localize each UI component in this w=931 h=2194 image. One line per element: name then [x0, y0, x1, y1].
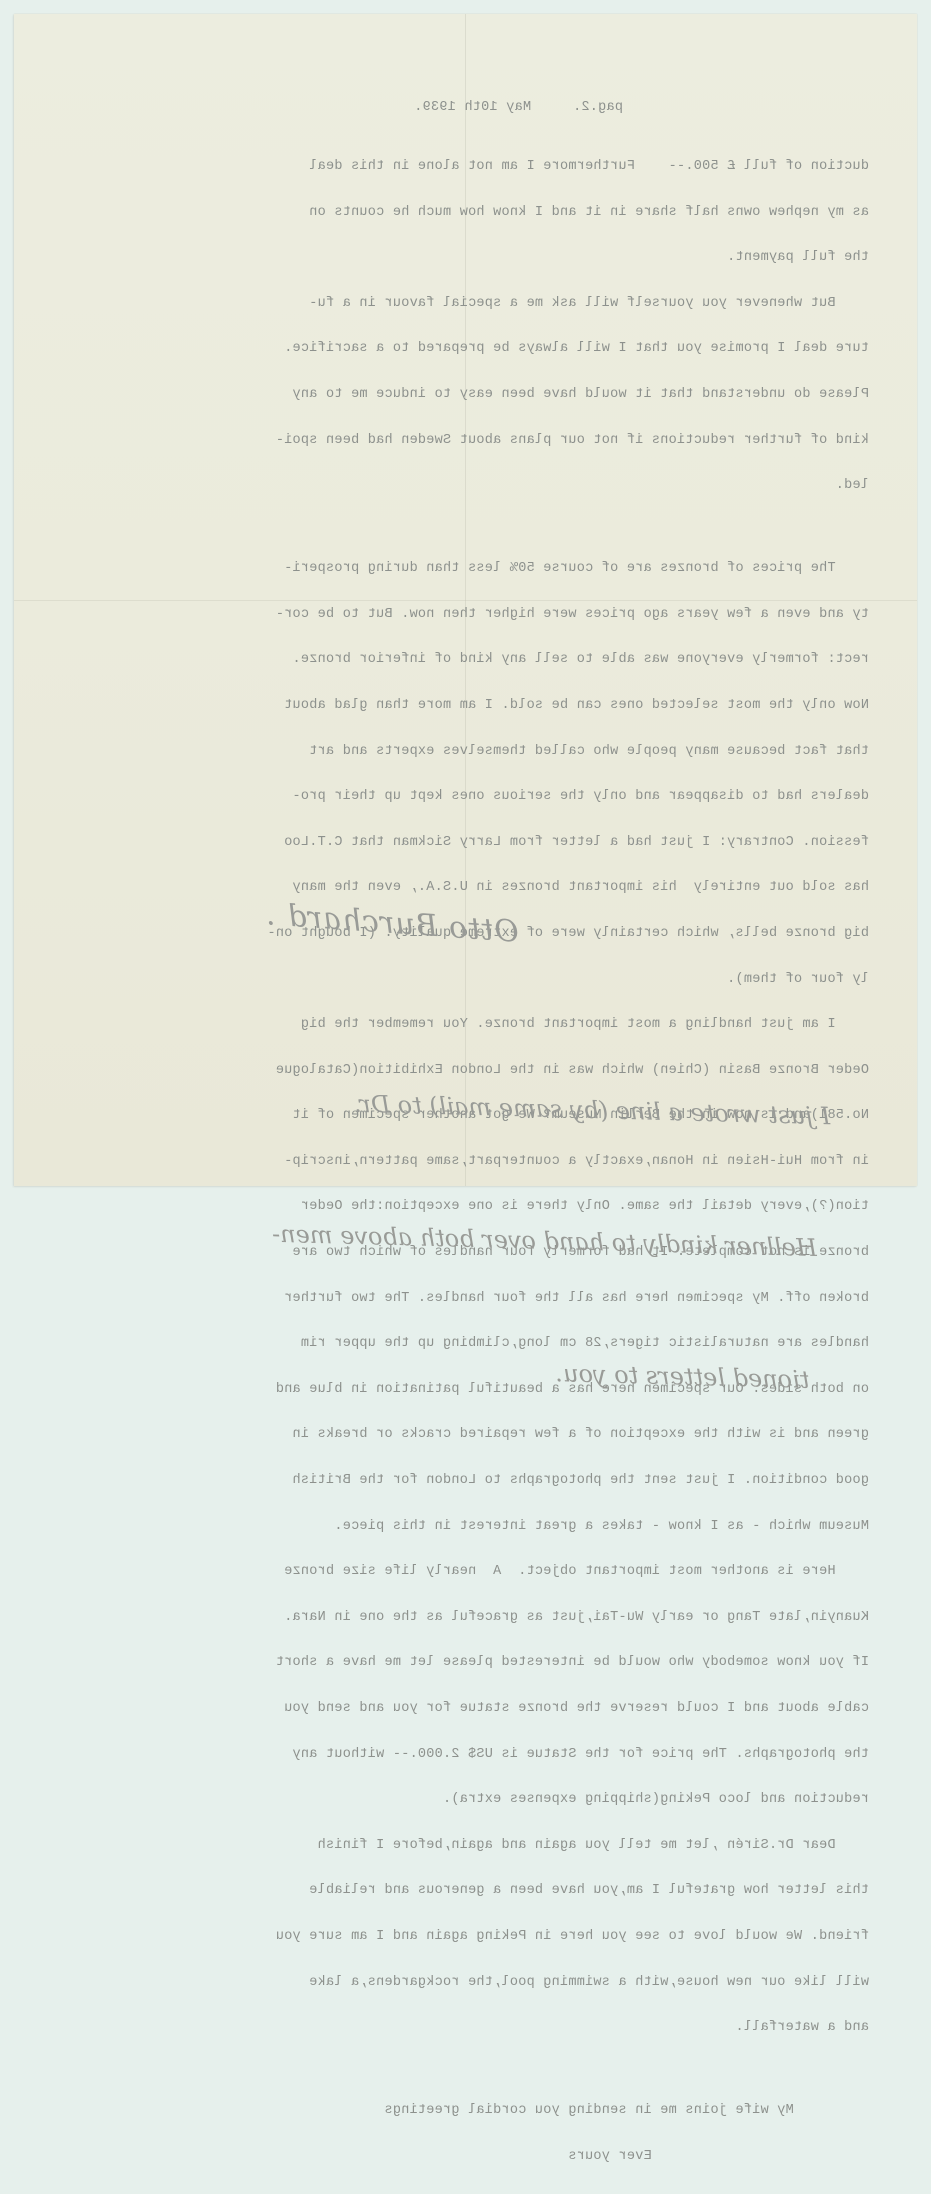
letter-line: led. [39, 478, 869, 493]
letter-line: ture deal I promise you that I will alwa… [39, 341, 869, 356]
letter-line: as my nephew owns half share in it and I… [39, 205, 869, 220]
letter-line: Now only the most selected ones can be s… [39, 698, 869, 713]
postscript-line: I just wrote a line (by same mail) to Dr… [275, 1080, 831, 1139]
page-header: pag.2. May 10th 1939. [39, 100, 869, 115]
letter-line: rect: formerly everyone was able to sell… [39, 652, 869, 667]
letter-line: that fact because many people who called… [39, 744, 869, 759]
letter-line: the full payment. [39, 250, 869, 265]
letter-line: kind of further reductions if not our pl… [39, 433, 869, 448]
letter-line: The prices of bronzes are of course 50% … [39, 561, 869, 576]
handwritten-postscript: I just wrote a line (by same mail) to Dr… [266, 992, 833, 1200]
letter-line: has sold out entirely his important bron… [39, 880, 869, 895]
paragraph-gap [39, 524, 869, 531]
scanned-letter-page: pag.2. May 10th 1939. duction of full £ … [0, 0, 931, 1200]
paper-sheet: pag.2. May 10th 1939. duction of full £ … [14, 14, 917, 1186]
letter-line: But whenever you yourself will ask me a … [39, 296, 869, 311]
letter-line: duction of full £ 500.-- Furthermore I a… [39, 159, 869, 174]
letter-line: ty and even a few years ago prices were … [39, 607, 869, 622]
letter-line: dealers had to disappear and only the se… [39, 789, 869, 804]
letter-line: ly four of them). [39, 972, 869, 987]
letter-line: fession. Contrary: I just had a letter f… [39, 835, 869, 850]
letter-line: Please do understand that it would have … [39, 387, 869, 402]
